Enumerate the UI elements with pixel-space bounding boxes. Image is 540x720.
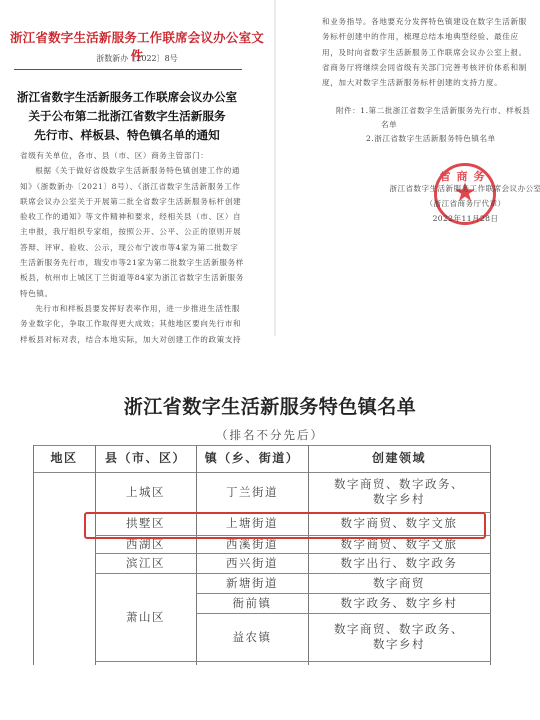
table-cell-county: 萧山区	[95, 573, 196, 661]
list-subtitle: （排名不分先后）	[0, 427, 540, 443]
notice-title-line-2: 关于公布第二批浙江省数字生活新服务	[6, 107, 248, 126]
table-cell-town: 新塘街道	[196, 573, 308, 593]
row-divider	[95, 661, 491, 662]
fields-line-1: 数字商贸、数字政务、	[334, 622, 464, 637]
table-cell-county: 滨江区	[95, 553, 196, 573]
fields-line-2: 数字乡村	[373, 492, 425, 507]
fields-line-1: 数字商贸、数字政务、	[334, 477, 464, 492]
table-border-right	[490, 445, 491, 665]
attachment-2: 2.浙江省数字生活新服务特色镇名单	[336, 132, 536, 146]
salutation: 省级有关单位，各市、县（市、区）商务主管部门：	[20, 148, 244, 163]
attachment-1-cont: 名单	[336, 118, 536, 132]
column-header-fields: 创建领域	[308, 445, 490, 472]
notice-title-line-3: 先行市、样板县、特色镇名单的通知	[6, 126, 248, 145]
column-header-town: 镇（乡、街道）	[196, 445, 308, 472]
column-header-region: 地区	[33, 445, 95, 472]
paragraph-2: 先行市和样板县要发挥好表率作用，进一步推进生活性服务业数字化，争取工作取得更大成…	[20, 301, 244, 347]
paragraph-1: 根据《关于做好省级数字生活新服务特色镇创建工作的通知》（浙数新办〔2021〕8号…	[20, 163, 244, 301]
table-cell-fields: 数字商贸、数字政务、 数字乡村	[308, 613, 490, 661]
notice-body: 省级有关单位，各市、县（市、区）商务主管部门： 根据《关于做好省级数字生活新服务…	[20, 148, 244, 347]
paragraph-continued: 和业务指导。各地要充分发挥特色镇建设在数字生活新服务标杆创建中的作用，梳理总结本…	[322, 14, 532, 90]
document-number: 浙数新办〔2022〕8号	[6, 53, 268, 64]
column-header-county: 县（市、区）	[95, 445, 196, 472]
town-list-table: 地区 县（市、区） 镇（乡、街道） 创建领域 上城区 丁兰街道 数字商贸、数字政…	[33, 445, 491, 665]
header-divider	[14, 69, 242, 70]
signature-org: 浙江省数字生活新服务工作联席会议办公室	[388, 181, 540, 196]
signature-block: 浙江省数字生活新服务工作联席会议办公室 （浙江省商务厅代章） 2022年11月2…	[388, 181, 540, 226]
table-cell-county: 上城区	[95, 472, 196, 512]
table-cell-town: 益农镇	[196, 613, 308, 661]
table-cell-fields: 数字商贸	[308, 573, 490, 593]
table-cell-fields: 数字出行、数字政务	[308, 553, 490, 573]
table-cell-town: 西兴街道	[196, 553, 308, 573]
document-page-2: 和业务指导。各地要充分发挥特色镇建设在数字生活新服务标杆创建中的作用，梳理总结本…	[274, 0, 540, 336]
table-border-left	[33, 445, 34, 665]
table-cell-fields: 数字政务、数字乡村	[308, 593, 490, 613]
fields-line-2: 数字乡村	[373, 637, 425, 652]
notice-title: 浙江省数字生活新服务工作联席会议办公室 关于公布第二批浙江省数字生活新服务 先行…	[6, 88, 248, 145]
highlight-box-gongshu-row	[84, 512, 486, 539]
signature-org-paren: （浙江省商务厅代章）	[388, 196, 540, 211]
list-title: 浙江省数字生活新服务特色镇名单	[0, 392, 540, 419]
attachments-label: 附件：	[336, 106, 360, 115]
table-cell-town: 衙前镇	[196, 593, 308, 613]
notice-title-line-1: 浙江省数字生活新服务工作联席会议办公室	[6, 88, 248, 107]
attachment-1: 1.第二批浙江省数字生活新服务先行市、样板县	[360, 106, 530, 115]
table-cell-town: 丁兰街道	[196, 472, 308, 512]
attachments: 附件：1.第二批浙江省数字生活新服务先行市、样板县 名单 2.浙江省数字生活新服…	[336, 104, 536, 146]
signature-date: 2022年11月28日	[388, 211, 540, 226]
document-page-1: 浙江省数字生活新服务工作联席会议办公室文件 浙数新办〔2022〕8号 浙江省数字…	[6, 0, 268, 336]
table-cell-fields: 数字商贸、数字政务、 数字乡村	[308, 472, 490, 512]
